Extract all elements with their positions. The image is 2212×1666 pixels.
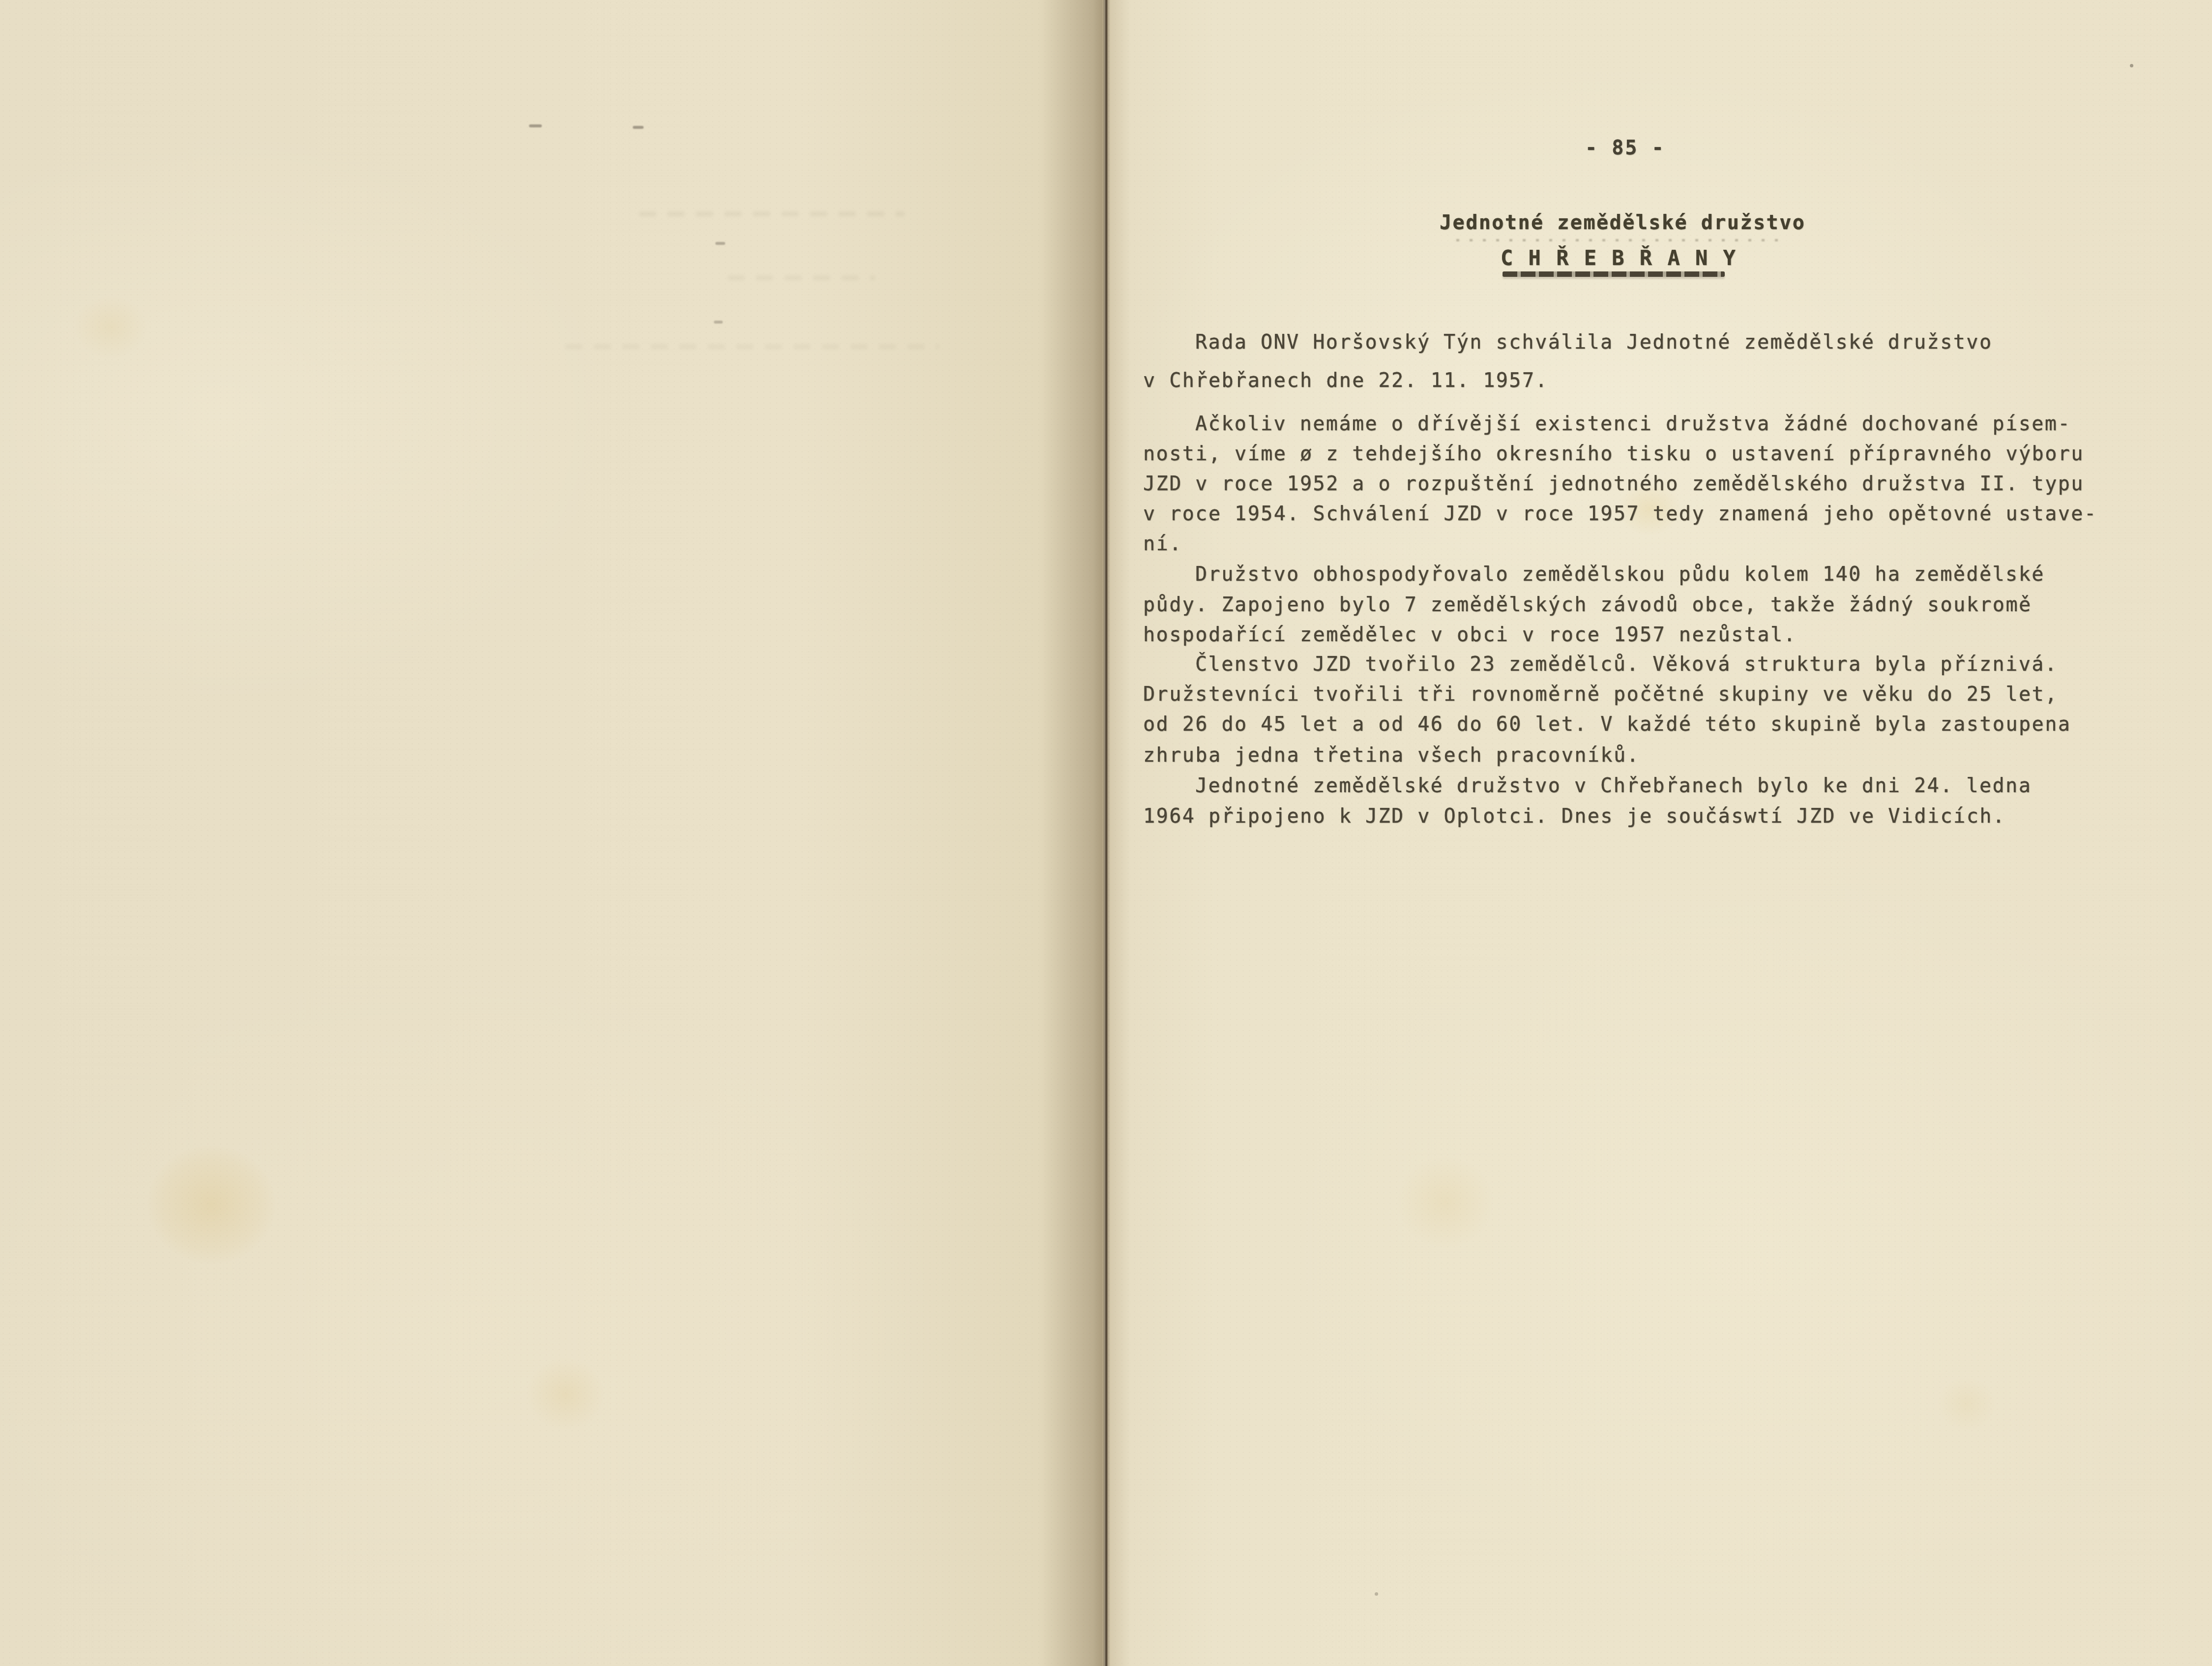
paper-stain: [1396, 1156, 1495, 1249]
village-name-heading: C H Ř E B Ř A N Y: [1501, 246, 1737, 270]
paper-stain: [526, 1357, 605, 1431]
text-line: zhruba jedna třetina všech pracovníků.: [1143, 744, 1640, 767]
page-number: - 85 -: [1585, 137, 1665, 159]
text-line: ní.: [1143, 532, 1182, 556]
typed-dots-decoration: [1456, 239, 1779, 241]
text-line: Členstvo JZD tvořilo 23 zemědělců. Věkov…: [1195, 653, 2058, 676]
left-page: [0, 0, 1104, 1666]
title-underline: [1503, 271, 1725, 277]
pencil-mark: [714, 321, 723, 324]
ink-bleed-through: [639, 211, 905, 216]
scanned-book-spread: { "document": { "page_number": "- 85 -",…: [0, 0, 2212, 1666]
document-title: Jednotné zemědělské družstvo: [1440, 211, 1805, 234]
text-line: JZD v roce 1952 a o rozpuštění jednotnéh…: [1143, 472, 2084, 496]
paper-stain: [147, 1146, 275, 1264]
text-line: od 26 do 45 let a od 46 do 60 let. V kaž…: [1143, 713, 2071, 736]
text-line: Ačkoliv nemáme o dřívější existenci druž…: [1195, 412, 2071, 436]
text-line: Družstevníci tvořili tři rovnoměrně počě…: [1143, 683, 2058, 706]
paper-stain: [1937, 1377, 1996, 1431]
book-gutter: [1102, 0, 1110, 1666]
text-line: nosti, víme ø z tehdejšího okresního tis…: [1143, 442, 2084, 466]
text-line: Jednotné zemědělské družstvo v Chřebřane…: [1195, 774, 2032, 798]
text-line: v roce 1954. Schválení JZD v roce 1957 t…: [1143, 502, 2097, 526]
text-line: v Chřebřanech dne 22. 11. 1957.: [1143, 369, 1548, 392]
text-line: 1964 připojeno k JZD v Oplotci. Dnes je …: [1143, 804, 2006, 828]
text-line: hospodařící zemědělec v obci v roce 1957…: [1143, 623, 1797, 647]
pencil-mark: [529, 124, 542, 127]
paper-stain: [74, 295, 147, 359]
text-line: Rada ONV Horšovský Týn schválila Jednotn…: [1195, 330, 1993, 354]
pencil-mark: [715, 242, 725, 245]
ink-bleed-through: [565, 344, 939, 349]
paper-speck: [1375, 1592, 1378, 1596]
pencil-mark: [633, 126, 644, 129]
gutter-shadow: [1042, 0, 1102, 1666]
text-line: Družstvo obhospodyřovalo zemědělskou půd…: [1195, 563, 2045, 586]
ink-bleed-through: [728, 275, 875, 280]
text-line: půdy. Zapojeno bylo 7 zemědělských závod…: [1143, 593, 2032, 617]
paper-speck: [2130, 64, 2133, 67]
